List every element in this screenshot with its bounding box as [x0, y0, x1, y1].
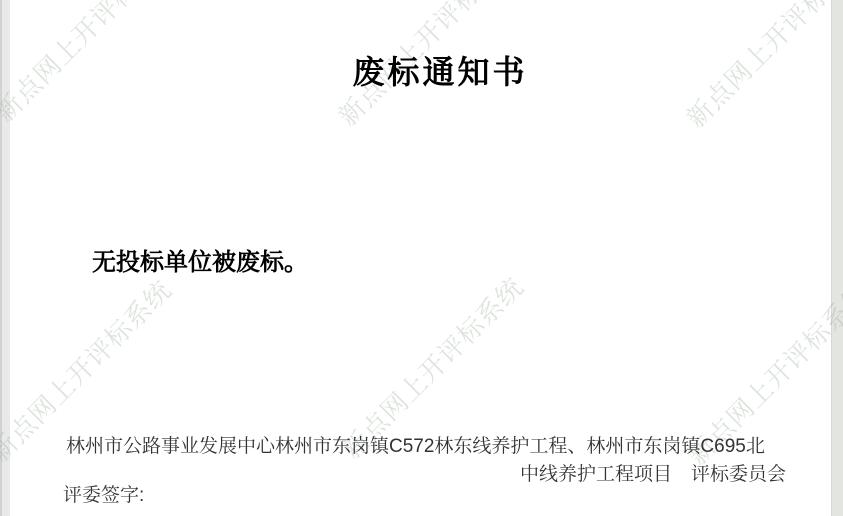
document-page: 新点网上开评标系统新点网上开评标系统新点网上开评标系统新点网上开评标系统新点网上… — [0, 0, 843, 516]
document-title: 废标通知书 — [80, 52, 800, 92]
left-gutter — [0, 0, 10, 516]
evaluator-signature-label: 评委签字: — [63, 484, 144, 508]
project-name-line1: 林州市公路事业发展中心林州市东岗镇C572林东线养护工程、林州市东岗镇C695北 — [66, 433, 786, 461]
right-gutter — [831, 0, 843, 516]
project-name-line2: 中线养护工程项目 评标委员会 — [66, 461, 786, 489]
committee-signature-block: 林州市公路事业发展中心林州市东岗镇C572林东线养护工程、林州市东岗镇C695北… — [66, 433, 786, 489]
document-body-text: 无投标单位被废标。 — [92, 247, 308, 278]
